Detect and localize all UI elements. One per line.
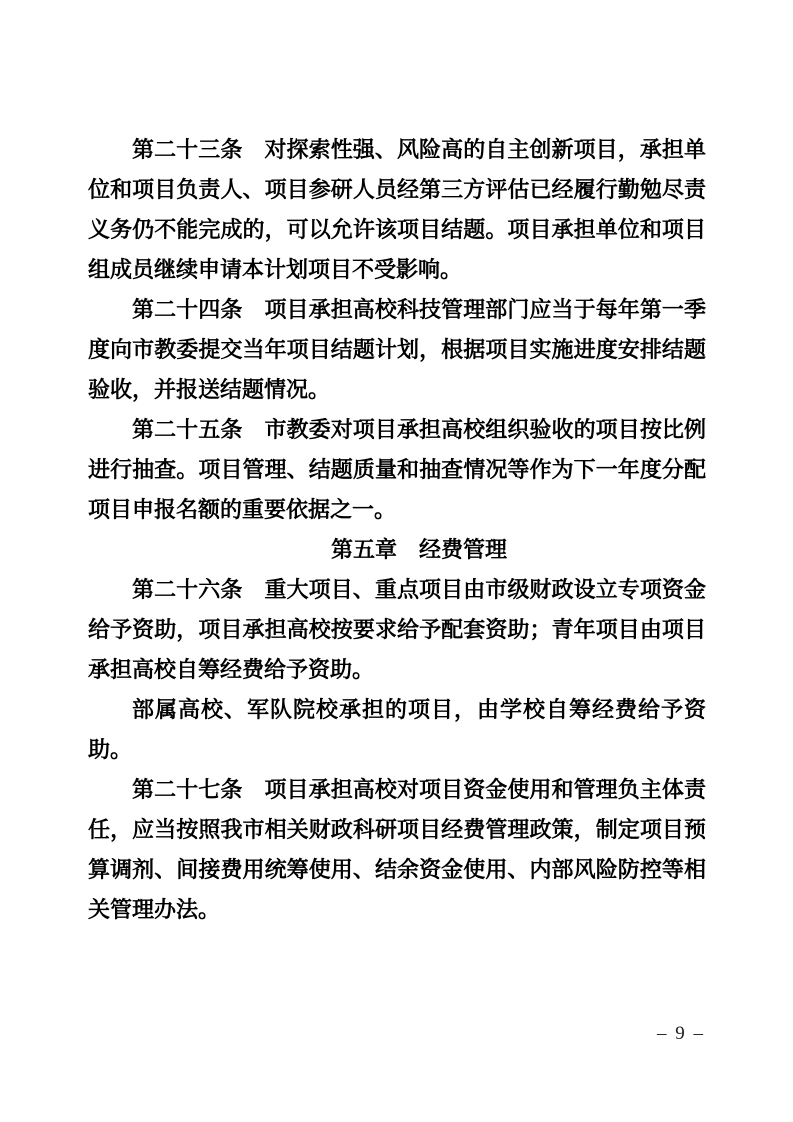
document-page: 第二十三条 对探索性强、风险高的自主创新项目，承担单位和项目负责人、项目参研人员… xyxy=(0,0,793,1122)
article-25-paragraph: 第二十五条 市教委对项目承担高校组织验收的项目按比例进行抽查。项目管理、结题质量… xyxy=(88,410,706,530)
document-body: 第二十三条 对探索性强、风险高的自主创新项目，承担单位和项目负责人、项目参研人员… xyxy=(88,130,706,930)
ministry-universities-paragraph: 部属高校、军队院校承担的项目，由学校自筹经费给予资助。 xyxy=(88,690,706,770)
article-26-paragraph: 第二十六条 重大项目、重点项目由市级财政设立专项资金给予资助，项目承担高校按要求… xyxy=(88,570,706,690)
article-24-paragraph: 第二十四条 项目承担高校科技管理部门应当于每年第一季度向市教委提交当年项目结题计… xyxy=(88,290,706,410)
chapter-5-heading: 第五章 经费管理 xyxy=(88,530,706,570)
article-27-paragraph: 第二十七条 项目承担高校对项目资金使用和管理负主体责任，应当按照我市相关财政科研… xyxy=(88,770,706,930)
page-number: – 9 – xyxy=(657,1022,705,1046)
article-23-paragraph: 第二十三条 对探索性强、风险高的自主创新项目，承担单位和项目负责人、项目参研人员… xyxy=(88,130,706,290)
